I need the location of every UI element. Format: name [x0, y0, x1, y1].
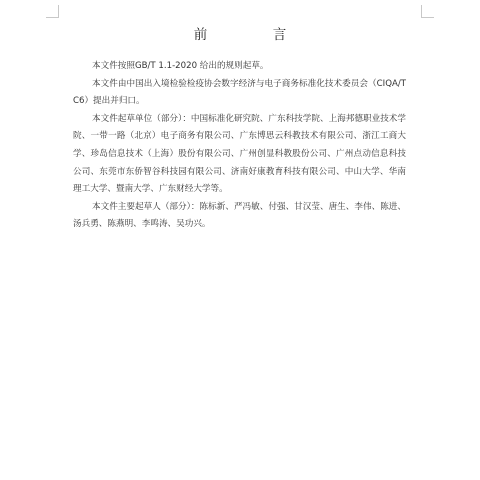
paragraph-drafting-units: 本文件起草单位（部分）：中国标准化研究院、广东科技学院、上海邦德职业技术学院、一… [73, 111, 406, 199]
crop-mark-top-left [46, 5, 59, 18]
paragraph-drafting-rules: 本文件按照GB/T 1.1-2020 给出的规则起草。 [73, 58, 406, 76]
document-body: 本文件按照GB/T 1.1-2020 给出的规则起草。 本文件由中国出入境检验检… [73, 58, 406, 234]
crop-mark-top-right [421, 5, 434, 18]
page-title: 前 言 [0, 23, 480, 43]
paragraph-proposer: 本文件由中国出入境检验检疫协会数字经济与电子商务标准化技术委员会（CIQA/TC… [73, 76, 406, 111]
paragraph-drafters: 本文件主要起草人（部分）：陈标新、严冯敏、付强、甘汉莹、唐生、李伟、陈进、汤兵勇… [73, 199, 406, 234]
